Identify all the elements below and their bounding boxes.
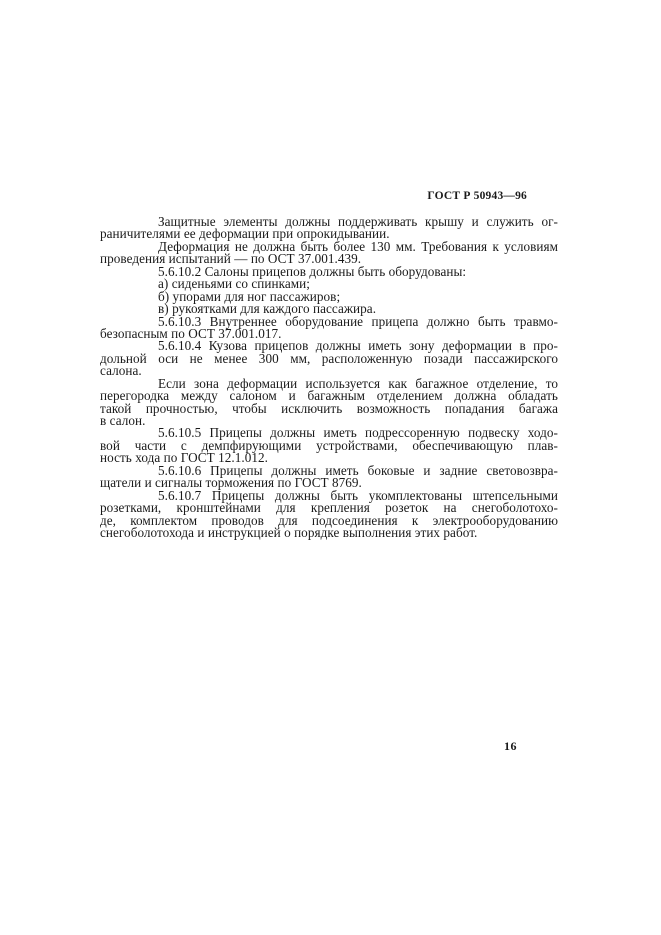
- paragraph: Если зона деформации используется как ба…: [100, 378, 558, 428]
- paragraph: 5.6.10.5 Прицепы должны иметь подрессоре…: [100, 427, 558, 464]
- paragraph: 5.6.10.6 Прицепы должны иметь боковые и …: [100, 465, 558, 490]
- text-line: дольной оси не менее 300 мм, расположенн…: [100, 353, 558, 365]
- body-text: Защитные элементы должны поддерживать кр…: [100, 216, 558, 539]
- paragraph: Защитные элементы должны поддерживать кр…: [100, 216, 558, 241]
- document-page: ГОСТ Р 50943—96 Защитные элементы должны…: [0, 0, 661, 935]
- page-number: 16: [504, 739, 517, 754]
- paragraph: 5.6.10.7 Прицепы должны быть укомплектов…: [100, 490, 558, 540]
- paragraph: 5.6.10.3 Внутреннее оборудование прицепа…: [100, 316, 558, 341]
- text-line: такой прочностью, чтобы исключить возмож…: [100, 403, 558, 415]
- running-header: ГОСТ Р 50943—96: [0, 190, 527, 202]
- paragraph: Деформация не должна быть более 130 мм. …: [100, 241, 558, 266]
- paragraph: 5.6.10.4 Кузова прицепов должны иметь зо…: [100, 340, 558, 377]
